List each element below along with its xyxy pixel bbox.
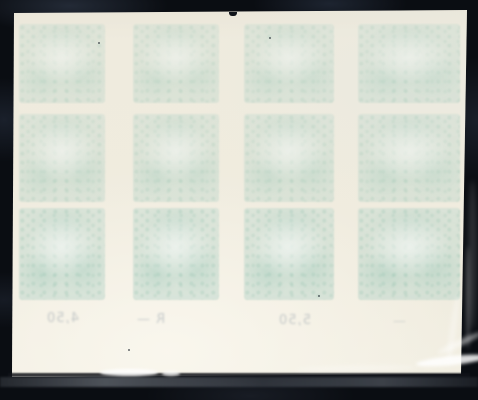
stamp-impression [19, 24, 105, 103]
stamp-impression [19, 114, 105, 202]
stamp-sheet-photo: 4,50 R — 5,50 — [0, 0, 478, 400]
stamp-impression [133, 208, 219, 300]
paper-edge-notch [229, 12, 237, 16]
stamp-impression [358, 24, 460, 103]
pencil-mark-price-2: 5,50 [278, 313, 311, 328]
stamp-impression [358, 208, 460, 300]
stamp-impression [19, 208, 105, 300]
stamp-impression [133, 24, 219, 103]
dust-speck [98, 42, 100, 44]
dust-speck [269, 37, 271, 39]
dust-speck [128, 349, 130, 351]
pencil-mark-price-1: 4,50 [46, 311, 79, 326]
stamp-impression [244, 24, 334, 103]
dust-speck [318, 295, 320, 297]
stamp-sheet-paper: 4,50 R — 5,50 — [0, 0, 478, 400]
stamp-impression [133, 114, 219, 202]
stamp-impression [244, 208, 334, 300]
pencil-mark-dash: — [392, 314, 406, 329]
stamp-impression [358, 114, 460, 202]
stamp-impression [244, 114, 334, 202]
pencil-mark-letter: R — [136, 312, 165, 327]
